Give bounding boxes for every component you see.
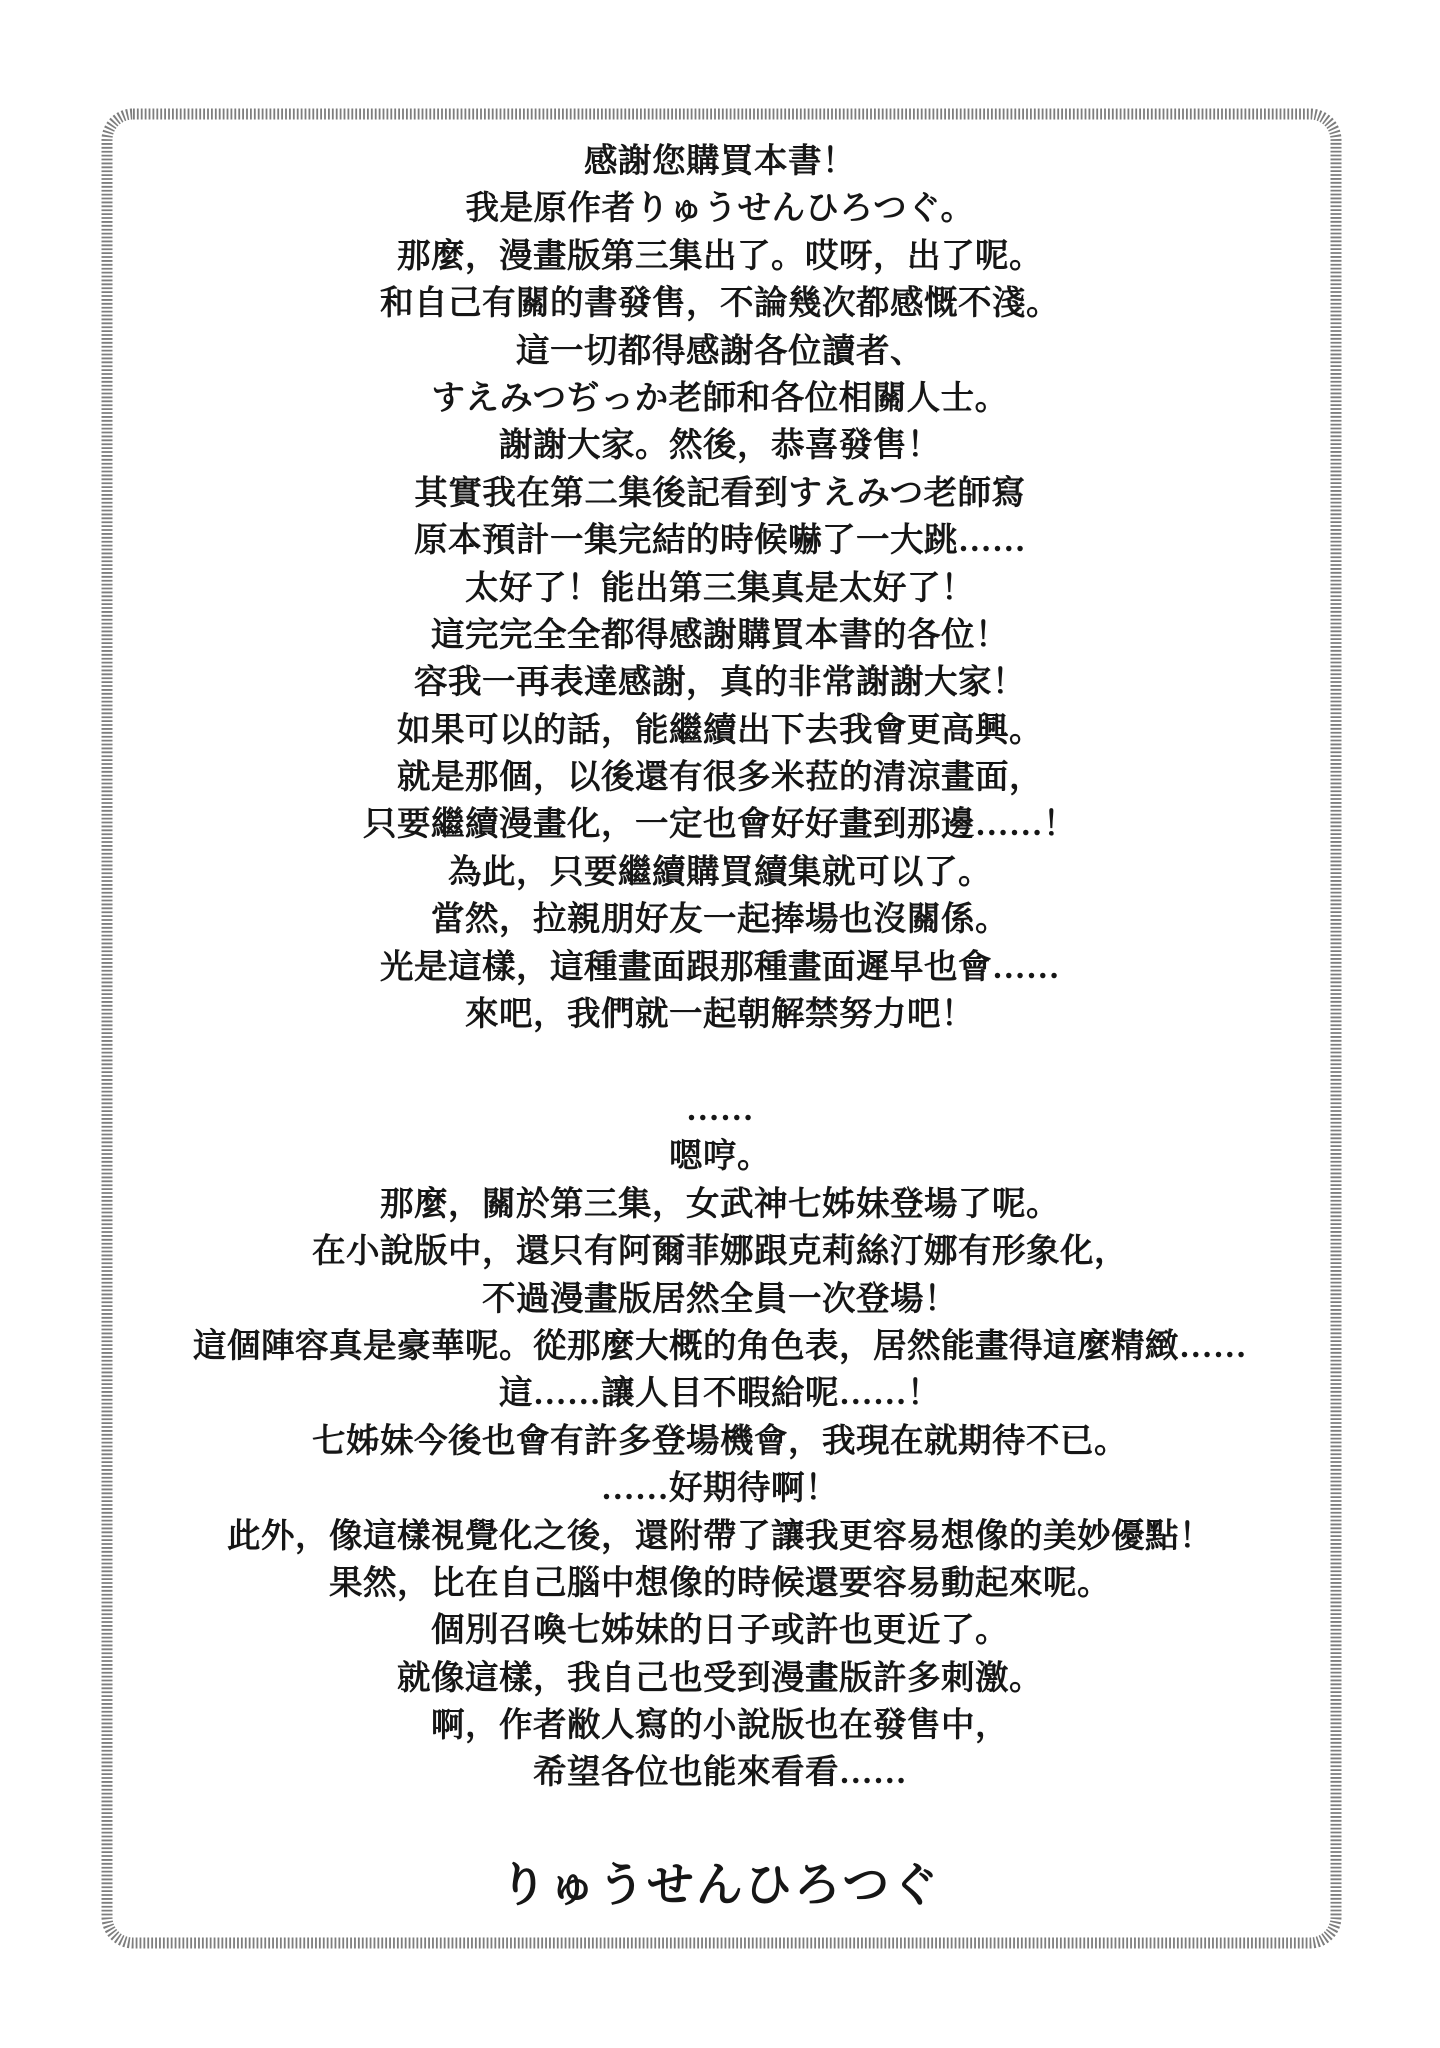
author-signature: りゅうせんひろつぐ [0,1855,1440,1917]
text-line: 如果可以的話，能繼續出下去我會更高興。 [0,707,1440,754]
text-line: ……好期待啊！ [0,1465,1440,1512]
text-line: 這個陣容真是豪華呢。從那麼大概的角色表，居然能畫得這麼精緻…… [0,1323,1440,1370]
text-line: 就是那個，以後還有很多米菈的清涼畫面， [0,754,1440,801]
text-line: …… [0,1086,1440,1133]
afterword-paragraph-2: ……嗯哼。那麼，關於第三集，女武神七姊妹登場了呢。在小說版中，還只有阿爾菲娜跟克… [0,1086,1440,1797]
text-line: 就像這樣，我自己也受到漫畫版許多刺激。 [0,1655,1440,1702]
text-line: 個別召喚七姊妹的日子或許也更近了。 [0,1607,1440,1654]
text-line: 這完完全全都得感謝購買本書的各位！ [0,612,1440,659]
text-line: 不過漫畫版居然全員一次登場！ [0,1276,1440,1323]
text-line: 謝謝大家。然後，恭喜發售！ [0,422,1440,469]
text-line: 那麼，關於第三集，女武神七姊妹登場了呢。 [0,1181,1440,1228]
text-line: 其實我在第二集後記看到すえみつ老師寫 [0,470,1440,517]
text-line: 只要繼續漫畫化，一定也會好好畫到那邊……！ [0,801,1440,848]
afterword-paragraph-1: 感謝您購買本書！我是原作者りゅうせんひろつぐ。那麼，漫畫版第三集出了。哎呀，出了… [0,138,1440,1038]
text-line: 原本預計一集完結的時候嚇了一大跳…… [0,517,1440,564]
text-line: 七姊妹今後也會有許多登場機會，我現在就期待不已。 [0,1418,1440,1465]
text-line: 嗯哼。 [0,1133,1440,1180]
text-line: 果然，比在自己腦中想像的時候還要容易動起來呢。 [0,1560,1440,1607]
text-line: 當然，拉親朋好友一起捧場也沒關係。 [0,896,1440,943]
afterword-page: 感謝您購買本書！我是原作者りゅうせんひろつぐ。那麼，漫畫版第三集出了。哎呀，出了… [0,0,1440,2048]
text-line: 這……讓人目不暇給呢……！ [0,1370,1440,1417]
text-line: 光是這樣，這種畫面跟那種畫面遲早也會…… [0,944,1440,991]
text-line: 此外，像這樣視覺化之後，還附帶了讓我更容易想像的美妙優點！ [0,1513,1440,1560]
text-line: 來吧，我們就一起朝解禁努力吧！ [0,991,1440,1038]
text-line: すえみつぢっか老師和各位相關人士。 [0,375,1440,422]
text-line: 希望各位也能來看看…… [0,1749,1440,1796]
text-line: 啊，作者敝人寫的小說版也在發售中， [0,1702,1440,1749]
text-line: 在小說版中，還只有阿爾菲娜跟克莉絲汀娜有形象化， [0,1228,1440,1275]
text-line: 容我一再表達感謝，真的非常謝謝大家！ [0,659,1440,706]
text-line: 這一切都得感謝各位讀者、 [0,328,1440,375]
text-line: 感謝您購買本書！ [0,138,1440,185]
text-line: 我是原作者りゅうせんひろつぐ。 [0,185,1440,232]
text-line: 那麼，漫畫版第三集出了。哎呀，出了呢。 [0,233,1440,280]
text-line: 和自己有關的書發售，不論幾次都感慨不淺。 [0,280,1440,327]
text-line: 為此，只要繼續購買續集就可以了。 [0,849,1440,896]
text-line: 太好了！能出第三集真是太好了！ [0,565,1440,612]
